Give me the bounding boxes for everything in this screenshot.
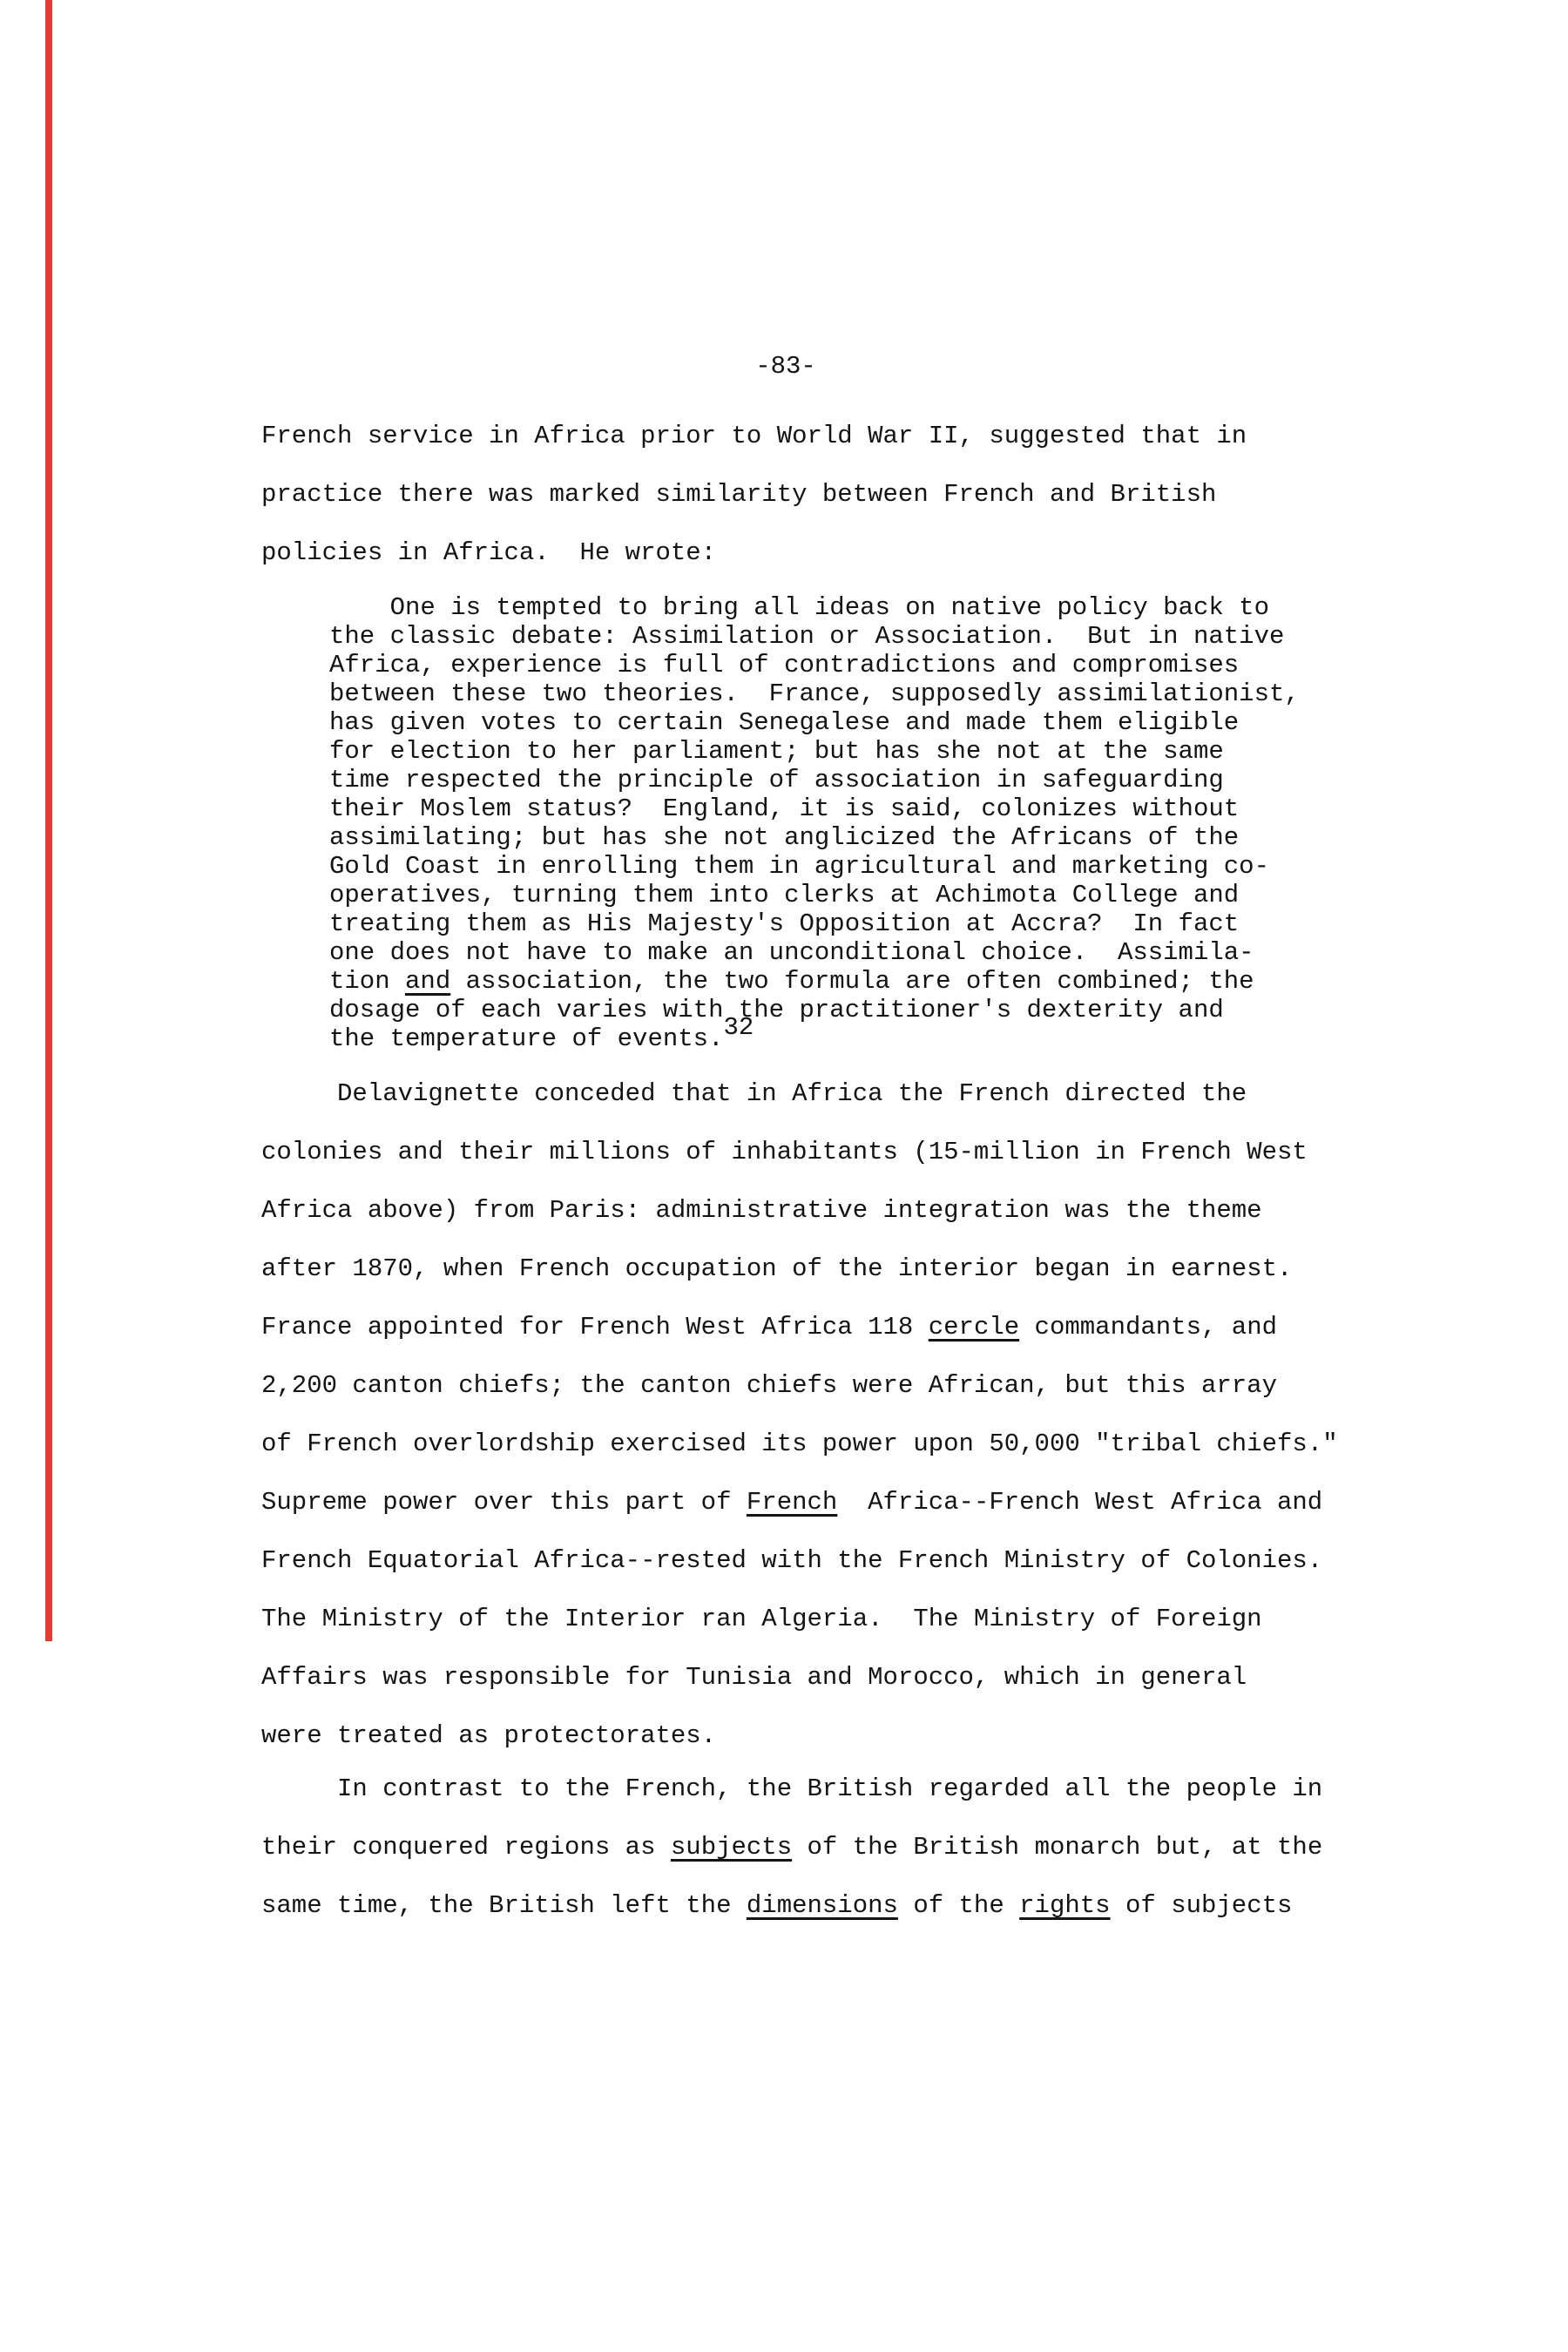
text-line: the classic debate: Assimilation or Asso… bbox=[329, 622, 1300, 651]
text-line: one does not have to make an uncondition… bbox=[329, 938, 1300, 967]
text-line: Affairs was responsible for Tunisia and … bbox=[261, 1648, 1338, 1707]
text-line: were treated as protectorates. bbox=[261, 1707, 1338, 1765]
text-line: 2,200 canton chiefs; the canton chiefs w… bbox=[261, 1356, 1338, 1415]
text-line: colonies and their millions of inhabitan… bbox=[261, 1123, 1338, 1181]
text-line: In contrast to the French, the British r… bbox=[261, 1760, 1322, 1818]
text-line: French Equatorial Africa--rested with th… bbox=[261, 1531, 1338, 1590]
text-line: Delavignette conceded that in Africa the… bbox=[261, 1064, 1338, 1123]
text-line: dosage of each varies with the practitio… bbox=[329, 996, 1300, 1024]
text-line: policies in Africa. He wrote: bbox=[261, 524, 1247, 582]
paragraph-intro: French service in Africa prior to World … bbox=[261, 407, 1247, 582]
text-line: practice there was marked similarity bet… bbox=[261, 465, 1247, 524]
text-line: has given votes to certain Senegalese an… bbox=[329, 708, 1300, 737]
text-line: the temperature of events.32 bbox=[329, 1024, 1300, 1053]
document-page: -83- French service in Africa prior to W… bbox=[0, 0, 1568, 2352]
paragraph-british-contrast: In contrast to the French, the British r… bbox=[261, 1760, 1322, 1935]
text-line: Africa, experience is full of contradict… bbox=[329, 651, 1300, 679]
text-line: Supreme power over this part of French A… bbox=[261, 1473, 1338, 1531]
text-line: between these two theories. France, supp… bbox=[329, 679, 1300, 708]
red-margin-line bbox=[45, 0, 52, 1641]
text-line: time respected the principle of associat… bbox=[329, 766, 1300, 794]
text-line: after 1870, when French occupation of th… bbox=[261, 1240, 1338, 1298]
text-line: France appointed for French West Africa … bbox=[261, 1298, 1338, 1356]
text-line: their conquered regions as subjects of t… bbox=[261, 1818, 1322, 1876]
text-line: for election to her parliament; but has … bbox=[329, 737, 1300, 766]
text-line: assimilating; but has she not anglicized… bbox=[329, 823, 1300, 852]
text-line: treating them as His Majesty's Oppositio… bbox=[329, 909, 1300, 938]
blockquote-delavignette: One is tempted to bring all ideas on nat… bbox=[329, 593, 1300, 1053]
text-line: tion and association, the two formula ar… bbox=[329, 967, 1300, 996]
text-line: same time, the British left the dimensio… bbox=[261, 1876, 1322, 1935]
text-line: Africa above) from Paris: administrative… bbox=[261, 1181, 1338, 1240]
text-line: their Moslem status? England, it is said… bbox=[329, 794, 1300, 823]
text-line: operatives, turning them into clerks at … bbox=[329, 881, 1300, 909]
text-line: The Ministry of the Interior ran Algeria… bbox=[261, 1590, 1338, 1648]
text-line: Gold Coast in enrolling them in agricult… bbox=[329, 852, 1300, 881]
text-line: French service in Africa prior to World … bbox=[261, 407, 1247, 465]
text-line: of French overlordship exercised its pow… bbox=[261, 1415, 1338, 1473]
page-number: -83- bbox=[261, 349, 1310, 384]
paragraph-french-administration: Delavignette conceded that in Africa the… bbox=[261, 1064, 1338, 1765]
text-line: One is tempted to bring all ideas on nat… bbox=[329, 593, 1300, 622]
